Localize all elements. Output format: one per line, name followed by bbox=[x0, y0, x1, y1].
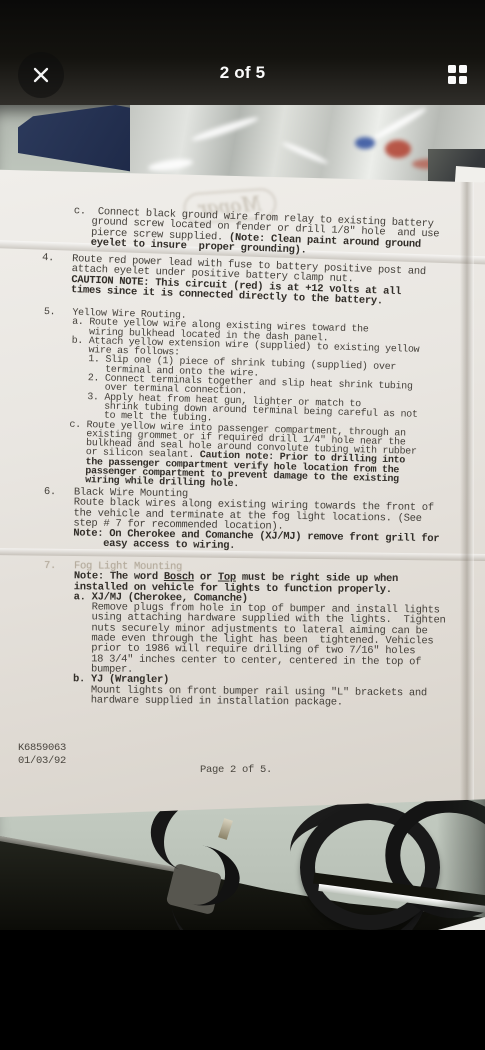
viewer-header: 2 of 5 bbox=[0, 0, 485, 105]
plastic-highlight bbox=[372, 105, 427, 141]
blue-item-in-bag bbox=[355, 137, 375, 149]
photo-viewer-screen: Mopar c. Connect black ground wire from … bbox=[0, 0, 485, 1050]
grid-icon bbox=[448, 65, 467, 84]
document-text: c. Connect black ground wire from relay … bbox=[44, 205, 474, 705]
photo-image[interactable]: Mopar c. Connect black ground wire from … bbox=[0, 105, 485, 930]
plastic-highlight bbox=[190, 114, 259, 143]
part-number: K6859063 bbox=[18, 742, 66, 754]
document-date: 01/03/92 bbox=[18, 755, 66, 767]
grid-view-button[interactable] bbox=[446, 63, 469, 86]
red-item-in-bag bbox=[385, 140, 411, 158]
doc-section-ground-power: c. Connect black ground wire from relay … bbox=[41, 205, 474, 310]
document-page: Mopar c. Connect black ground wire from … bbox=[0, 163, 485, 820]
viewer-title: 2 of 5 bbox=[0, 63, 485, 83]
doc-section-black-wire: 6. Black Wire Mounting Route black wires… bbox=[43, 487, 474, 556]
doc-section-yellow-wire: 5. Yellow Wire Routing. a. Route yellow … bbox=[39, 308, 473, 496]
plastic-highlight bbox=[148, 157, 194, 173]
desk-shading bbox=[437, 795, 485, 930]
plastic-highlight bbox=[281, 140, 329, 166]
doc-section-fog-light-mounting: 7. Fog Light Mounting Note: The word Bos… bbox=[43, 561, 474, 709]
page-number: Page 2 of 5. bbox=[200, 764, 272, 776]
